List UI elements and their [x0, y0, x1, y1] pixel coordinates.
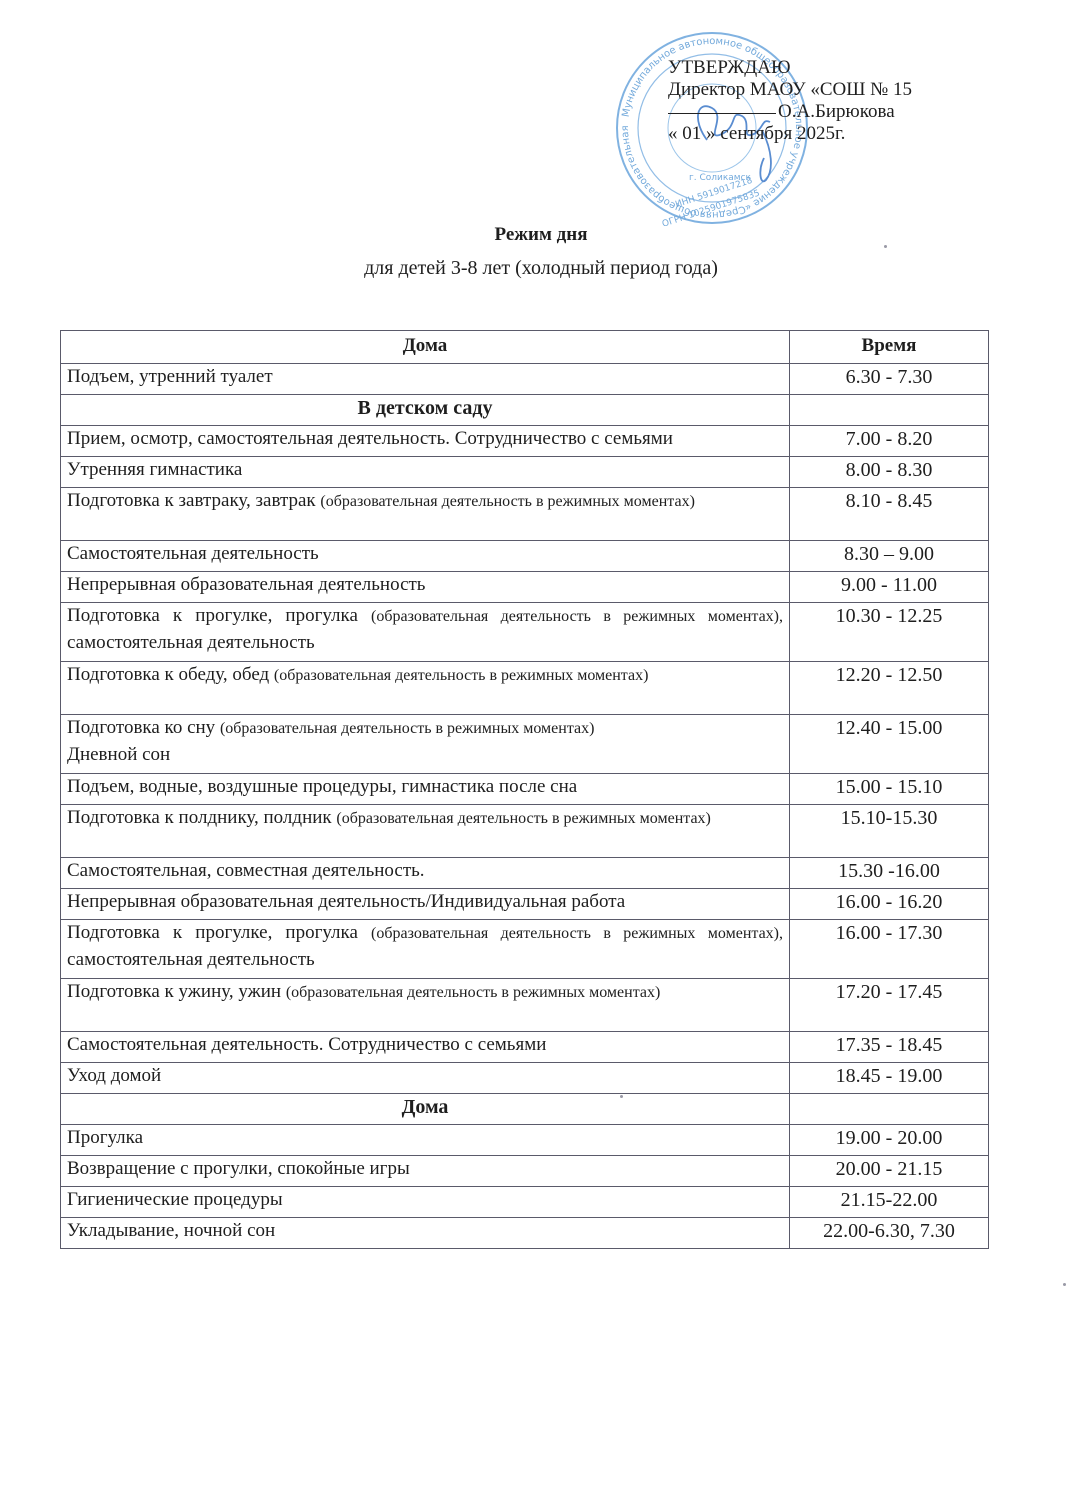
activity-cell: Непрерывная образовательная деятельность… — [61, 889, 790, 920]
column-header-activity: Дома — [61, 331, 790, 364]
activity-cell: Подготовка к прогулке, прогулка (образов… — [61, 920, 790, 979]
time-cell: 10.30 - 12.25 — [790, 603, 989, 662]
activity-cell: Подготовка ко сну (образовательная деяте… — [61, 715, 790, 774]
table-row: Подготовка к прогулке, прогулка (образов… — [61, 603, 989, 662]
time-cell: 17.35 - 18.45 — [790, 1032, 989, 1063]
activity-text: Уход домой — [67, 1065, 161, 1086]
schedule-body: Подъем, утренний туалет6.30 - 7.30В детс… — [61, 364, 989, 1249]
table-row: Самостоятельная, совместная деятельность… — [61, 858, 989, 889]
section-title: В детском саду — [61, 395, 790, 426]
table-row: Прогулка19.00 - 20.00 — [61, 1125, 989, 1156]
activity-cell: Подготовка к прогулке, прогулка (образов… — [61, 603, 790, 662]
table-row: Подготовка к завтраку, завтрак (образова… — [61, 488, 989, 541]
activity-text: Подготовка к полднику, полдник — [67, 807, 332, 828]
table-row: Возвращение с прогулки, спокойные игры20… — [61, 1156, 989, 1187]
activity-text: Прием, осмотр, самостоятельная деятельно… — [67, 428, 673, 449]
approval-block: УТВЕРЖДАЮ Директор МАОУ «СОШ № 15 О.А.Би… — [668, 57, 912, 145]
activity-cell: Гигиенические процедуры — [61, 1187, 790, 1218]
scan-speck — [884, 245, 887, 248]
activity-text: Подготовка ко сну — [67, 717, 215, 738]
section-row: В детском саду — [61, 395, 989, 426]
document-subtitle: для детей 3-8 лет (холодный период года) — [0, 257, 1082, 280]
time-cell: 9.00 - 11.00 — [790, 572, 989, 603]
scan-speck — [620, 1095, 623, 1098]
table-row: Подготовка ко сну (образовательная деяте… — [61, 715, 989, 774]
activity-cell: Утренняя гимнастика — [61, 457, 790, 488]
activity-text: Укладывание, ночной сон — [67, 1220, 275, 1241]
table-row: Укладывание, ночной сон22.00-6.30, 7.30 — [61, 1218, 989, 1249]
activity-note: (образовательная деятельность в режимных… — [371, 925, 783, 942]
table-row: Подъем, утренний туалет6.30 - 7.30 — [61, 364, 989, 395]
activity-continuation: самостоятельная деятельность — [67, 949, 315, 970]
activity-note: (образовательная деятельность в режимных… — [371, 608, 783, 625]
activity-note: (образовательная деятельность в режимных… — [320, 493, 695, 510]
time-cell: 19.00 - 20.00 — [790, 1125, 989, 1156]
activity-text: Подготовка к прогулке, прогулка — [67, 605, 358, 626]
activity-cell: Возвращение с прогулки, спокойные игры — [61, 1156, 790, 1187]
table-row: Подготовка к ужину, ужин (образовательна… — [61, 979, 989, 1032]
activity-cell: Подъем, утренний туалет — [61, 364, 790, 395]
activity-cell: Подготовка к завтраку, завтрак (образова… — [61, 488, 790, 541]
activity-note: (образовательная деятельность в режимных… — [274, 667, 649, 684]
table-row: Подготовка к полднику, полдник (образова… — [61, 805, 989, 858]
activity-text: Подъем, утренний туалет — [67, 366, 273, 387]
activity-text: Самостоятельная деятельность. Сотрудниче… — [67, 1034, 546, 1055]
time-cell: 12.20 - 12.50 — [790, 662, 989, 715]
activity-note: (образовательная деятельность в режимных… — [220, 720, 595, 737]
approval-date: « 01 » сентября 2025г. — [668, 123, 912, 145]
activity-continuation: самостоятельная деятельность — [67, 632, 315, 653]
table-row: Подготовка к обеду, обед (образовательна… — [61, 662, 989, 715]
table-row: Самостоятельная деятельность. Сотрудниче… — [61, 1032, 989, 1063]
table-row: Непрерывная образовательная деятельность… — [61, 572, 989, 603]
table-row: Утренняя гимнастика8.00 - 8.30 — [61, 457, 989, 488]
activity-text: Подготовка к прогулке, прогулка — [67, 922, 358, 943]
time-cell: 8.10 - 8.45 — [790, 488, 989, 541]
activity-text: Подъем, водные, воздушные процедуры, гим… — [67, 776, 577, 797]
signature-line — [668, 113, 776, 114]
approval-position: Директор МАОУ «СОШ № 15 — [668, 79, 912, 101]
table-row: Непрерывная образовательная деятельность… — [61, 889, 989, 920]
activity-note: (образовательная деятельность в режимных… — [336, 810, 711, 827]
time-cell: 8.30 – 9.00 — [790, 541, 989, 572]
column-header-time: Время — [790, 331, 989, 364]
table-row: Гигиенические процедуры21.15-22.00 — [61, 1187, 989, 1218]
time-cell — [790, 395, 989, 426]
activity-cell: Подъем, водные, воздушные процедуры, гим… — [61, 774, 790, 805]
activity-text: Непрерывная образовательная деятельность… — [67, 891, 625, 912]
time-cell: 15.30 -16.00 — [790, 858, 989, 889]
time-cell: 21.15-22.00 — [790, 1187, 989, 1218]
activity-cell: Самостоятельная деятельность. Сотрудниче… — [61, 1032, 790, 1063]
time-cell — [790, 1094, 989, 1125]
time-cell: 8.00 - 8.30 — [790, 457, 989, 488]
time-cell: 6.30 - 7.30 — [790, 364, 989, 395]
activity-text: Подготовка к обеду, обед — [67, 664, 269, 685]
activity-note: (образовательная деятельность в режимных… — [286, 984, 661, 1001]
scan-speck — [1063, 1283, 1066, 1286]
activity-text: Подготовка к ужину, ужин — [67, 981, 281, 1002]
time-cell: 15.10-15.30 — [790, 805, 989, 858]
activity-text: Подготовка к завтраку, завтрак — [67, 490, 316, 511]
document-title: Режим дня — [0, 224, 1082, 246]
activity-text: Прогулка — [67, 1127, 143, 1148]
time-cell: 22.00-6.30, 7.30 — [790, 1218, 989, 1249]
approval-signatory: О.А.Бирюкова — [778, 101, 895, 122]
activity-text: Непрерывная образовательная деятельность — [67, 574, 425, 595]
activity-cell: Прием, осмотр, самостоятельная деятельно… — [61, 426, 790, 457]
table-row: Подготовка к прогулке, прогулка (образов… — [61, 920, 989, 979]
section-row: Дома — [61, 1094, 989, 1125]
activity-cell: Прогулка — [61, 1125, 790, 1156]
activity-cell: Самостоятельная, совместная деятельность… — [61, 858, 790, 889]
time-cell: 20.00 - 21.15 — [790, 1156, 989, 1187]
activity-text: Возвращение с прогулки, спокойные игры — [67, 1158, 410, 1179]
activity-cell: Укладывание, ночной сон — [61, 1218, 790, 1249]
activity-cell: Самостоятельная деятельность — [61, 541, 790, 572]
activity-text: Самостоятельная деятельность — [67, 543, 319, 564]
activity-text: Гигиенические процедуры — [67, 1189, 283, 1210]
activity-cell: Непрерывная образовательная деятельность — [61, 572, 790, 603]
time-cell: 7.00 - 8.20 — [790, 426, 989, 457]
activity-cell: Подготовка к полднику, полдник (образова… — [61, 805, 790, 858]
time-cell: 16.00 - 16.20 — [790, 889, 989, 920]
activity-text: Утренняя гимнастика — [67, 459, 242, 480]
approval-signatory-line: О.А.Бирюкова — [668, 101, 912, 123]
table-header-row: Дома Время — [61, 331, 989, 364]
time-cell: 15.00 - 15.10 — [790, 774, 989, 805]
activity-continuation: Дневной сон — [67, 744, 170, 765]
time-cell: 16.00 - 17.30 — [790, 920, 989, 979]
table-row: Самостоятельная деятельность8.30 – 9.00 — [61, 541, 989, 572]
activity-cell: Подготовка к ужину, ужин (образовательна… — [61, 979, 790, 1032]
activity-cell: Уход домой — [61, 1063, 790, 1094]
time-cell: 17.20 - 17.45 — [790, 979, 989, 1032]
section-title: Дома — [61, 1094, 790, 1125]
activity-text: Самостоятельная, совместная деятельность… — [67, 860, 425, 881]
time-cell: 12.40 - 15.00 — [790, 715, 989, 774]
table-row: Прием, осмотр, самостоятельная деятельно… — [61, 426, 989, 457]
table-row: Уход домой18.45 - 19.00 — [61, 1063, 989, 1094]
approval-heading: УТВЕРЖДАЮ — [668, 57, 912, 79]
time-cell: 18.45 - 19.00 — [790, 1063, 989, 1094]
activity-cell: Подготовка к обеду, обед (образовательна… — [61, 662, 790, 715]
schedule-table: Дома Время Подъем, утренний туалет6.30 -… — [60, 330, 989, 1249]
table-row: Подъем, водные, воздушные процедуры, гим… — [61, 774, 989, 805]
